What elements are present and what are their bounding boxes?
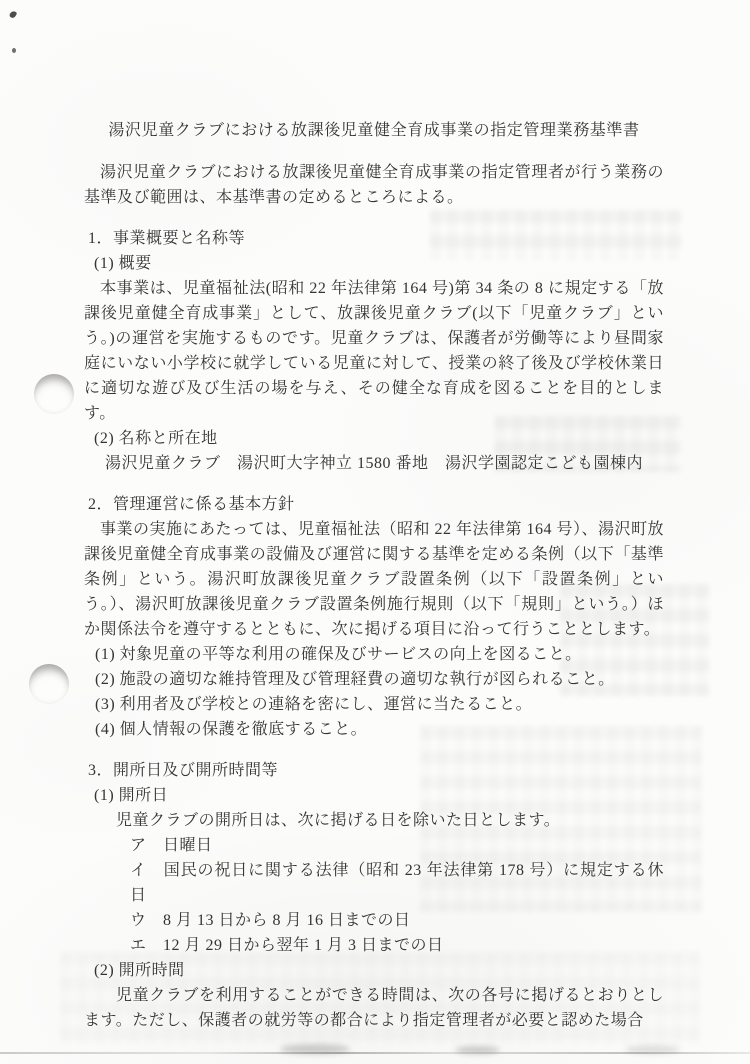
hole-punch-mark <box>34 374 74 414</box>
closed-day-item-i: イ 国民の祝日に関する法律（昭和 23 年法律第 178 号）に規定する休日 <box>130 858 664 908</box>
section-2-heading: 2．管理運営に係る基本方針 <box>88 492 664 517</box>
section-3-subheading-1: (1) 開所日 <box>94 783 664 808</box>
section-2-item-1: (1) 対象児童の平等な利用の確保及びサービスの向上を図ること。 <box>95 642 664 667</box>
document-title: 湯沢児童クラブにおける放課後児童健全育成事業の指定管理業務基準書 <box>84 118 664 143</box>
closed-day-item-a: ア 日曜日 <box>130 833 664 858</box>
section-1-paragraph: 本事業は、児童福祉法(昭和 22 年法律第 164 号)第 34 条の 8 に規… <box>84 276 664 426</box>
section-2-item-3: (3) 利用者及び学校との連絡を密にし、運営に当たること。 <box>95 692 664 717</box>
closed-day-item-e: エ 12 月 29 日から翌年 1 月 3 日までの日 <box>130 933 664 958</box>
document-content: 湯沢児童クラブにおける放課後児童健全育成事業の指定管理業務基準書 湯沢児童クラブ… <box>84 118 664 1033</box>
section-2-item-4: (4) 個人情報の保護を徹底すること。 <box>95 717 664 742</box>
section-2-paragraph: 事業の実施にあたっては、児童福祉法（昭和 22 年法律第 164 号）、湯沢町放… <box>84 517 664 642</box>
intro-paragraph: 湯沢児童クラブにおける放課後児童健全育成事業の指定管理者が行う業務の基準及び範囲… <box>84 160 664 210</box>
section-3-paragraph-2: 児童クラブを利用することができる時間は、次の各号に掲げるとおりとします。ただし、… <box>84 983 664 1033</box>
hole-punch-mark <box>29 664 69 704</box>
scan-smudge <box>280 1044 350 1054</box>
section-3-paragraph-1: 児童クラブの開所日は、次に掲げる日を除いた日とします。 <box>84 808 664 833</box>
section-1-subheading-1: (1) 概要 <box>94 251 664 276</box>
section-3-subheading-2: (2) 開所時間 <box>94 958 664 983</box>
scan-smudge <box>455 1046 500 1054</box>
section-1-subheading-2: (2) 名称と所在地 <box>94 426 664 451</box>
closed-day-item-u: ウ 8 月 13 日から 8 月 16 日までの日 <box>130 908 664 933</box>
club-name-and-address: 湯沢児童クラブ 湯沢町大字神立 1580 番地 湯沢学園認定こども園棟内 <box>105 451 664 476</box>
scan-smudge <box>625 1045 680 1054</box>
section-2-item-2: (2) 施設の適切な維持管理及び管理経費の適切な執行が図られること。 <box>95 667 664 692</box>
scanned-document-page: 湯沢児童クラブにおける放課後児童健全育成事業の指定管理業務基準書 湯沢児童クラブ… <box>0 0 750 1064</box>
section-1-heading: 1．事業概要と名称等 <box>88 226 664 251</box>
section-3-heading: 3．開所日及び開所時間等 <box>88 758 664 783</box>
scan-speck <box>9 10 18 19</box>
scan-speck <box>12 48 16 53</box>
